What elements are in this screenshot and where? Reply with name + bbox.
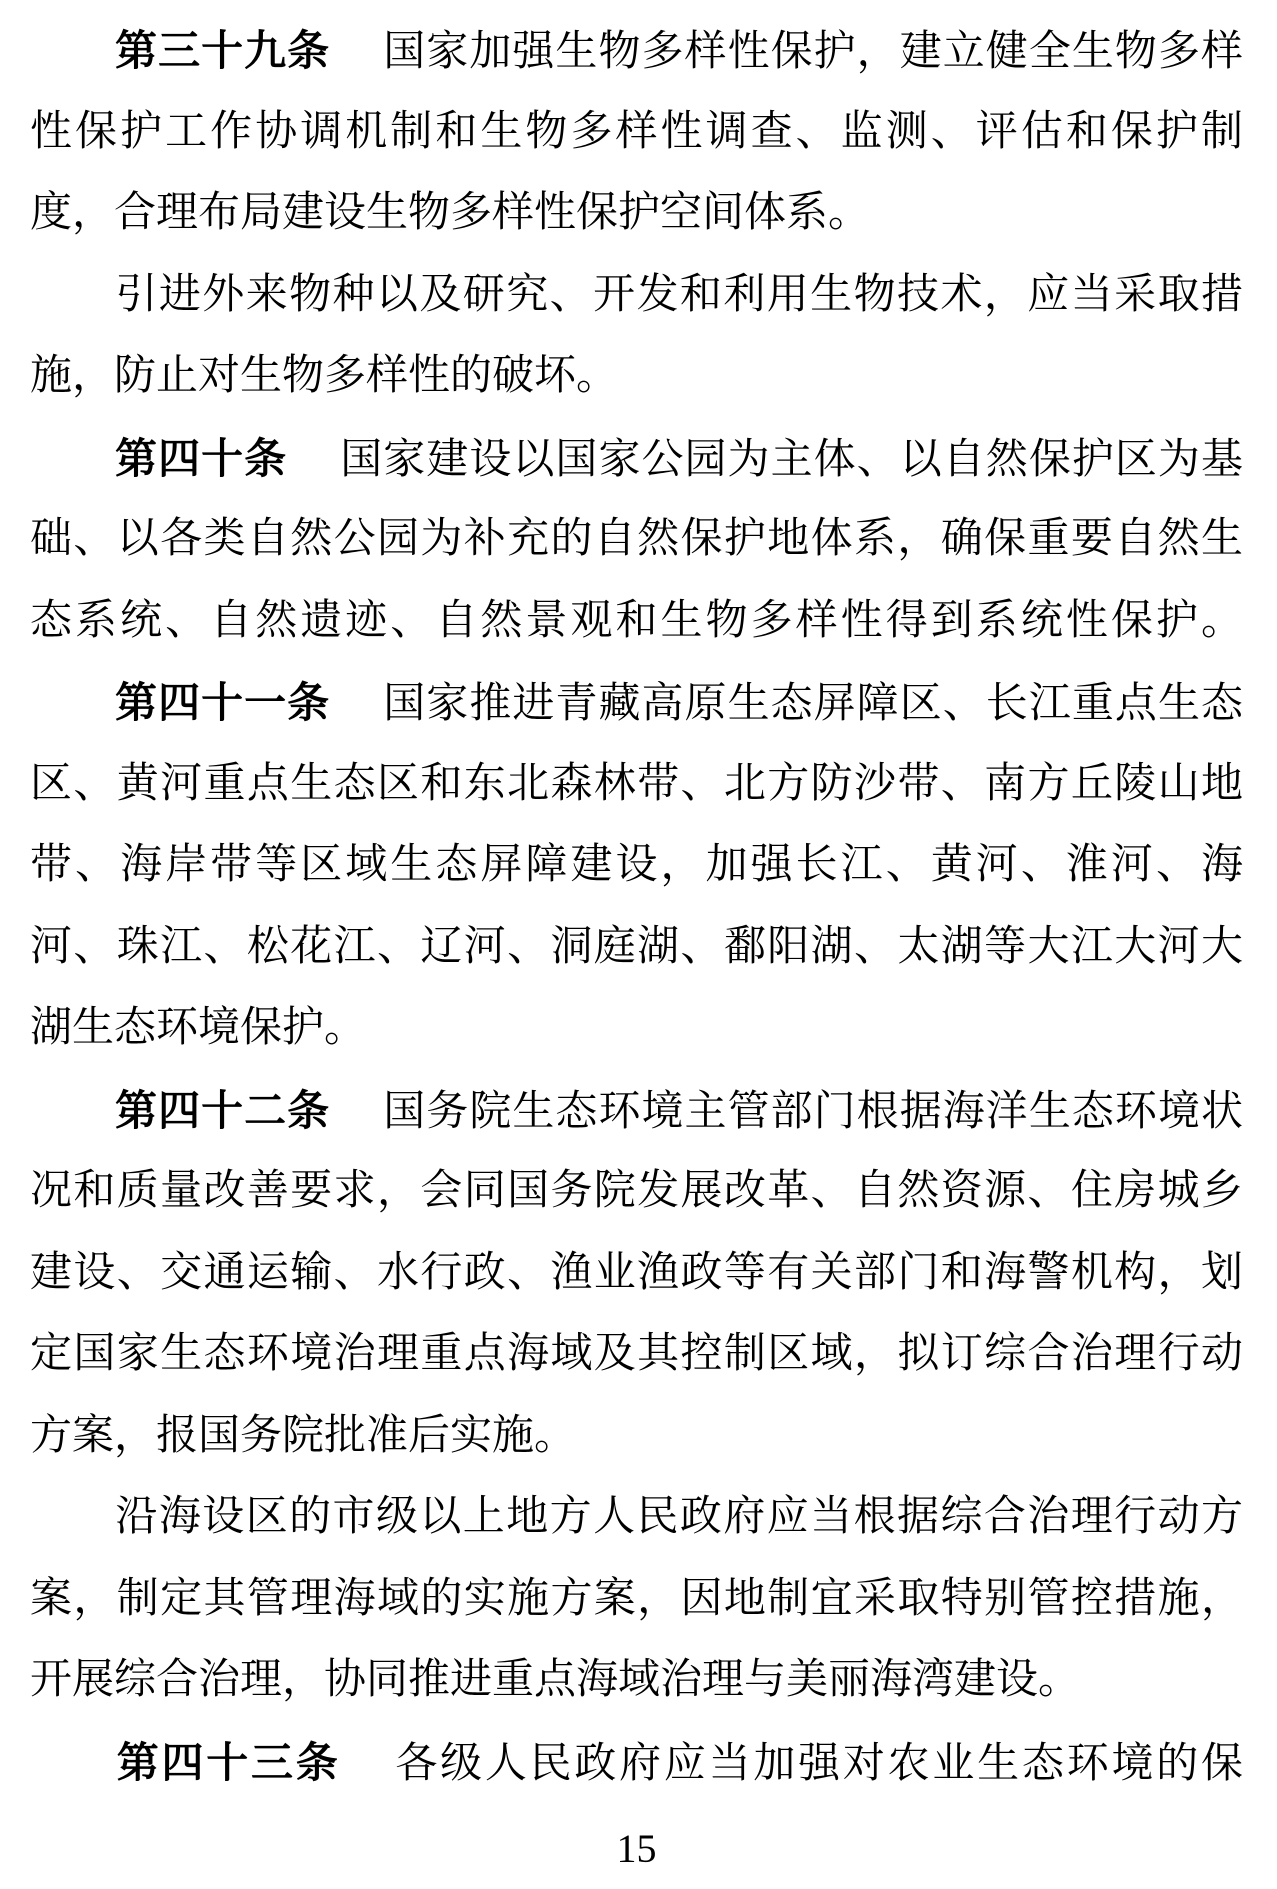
text-line: 施，防止对生物多样性的破坏。 (30, 336, 1243, 418)
text-line: 度，合理布局建设生物多样性保护空间体系。 (30, 173, 1243, 255)
first-line-indent (30, 1776, 114, 1777)
text-line: 区、黄河重点生态区和东北森林带、北方防沙带、南方丘陵山地 (30, 744, 1243, 826)
text-line: 沿海设区的市级以上地方人民政府应当根据综合治理行动方 (30, 1477, 1243, 1559)
text-line: 第三十九条国家加强生物多样性保护，建立健全生物多样 (30, 10, 1243, 92)
text-line: 第四十三条各级人民政府应当加强对农业生态环境的保 (30, 1722, 1243, 1804)
line-text: 案，制定其管理海域的实施方案，因地制宜采取特别管控措施， (30, 1576, 1243, 1622)
article-gap (330, 64, 382, 65)
page-footer: 15 (30, 1827, 1243, 1871)
line-text: 况和质量改善要求，会同国务院发展改革、自然资源、住房城乡 (30, 1168, 1243, 1214)
text-line: 第四十条国家建设以国家公园为主体、以自然保护区为基 (30, 418, 1243, 500)
document-body: 第三十九条国家加强生物多样性保护，建立健全生物多样性保护工作协调机制和生物多样性… (30, 10, 1243, 1803)
document-page: 第三十九条国家加强生物多样性保护，建立健全生物多样性保护工作协调机制和生物多样性… (0, 0, 1277, 1889)
line-text: 各级人民政府应当加强对农业生态环境的保 (393, 1741, 1243, 1787)
line-text: 国家加强生物多样性保护，建立健全生物多样 (382, 29, 1243, 75)
line-text: 方案，报国务院批准后实施。 (30, 1413, 576, 1459)
line-text: 国家建设以国家公园为主体、以自然保护区为基 (339, 437, 1243, 483)
line-text: 沿海设区的市级以上地方人民政府应当根据综合治理行动方 (114, 1494, 1243, 1540)
article-number: 第四十二条 (114, 1087, 330, 1134)
text-line: 河、珠江、松花江、辽河、洞庭湖、鄱阳湖、太湖等大江大河大 (30, 907, 1243, 989)
text-line: 定国家生态环境治理重点海域及其控制区域，拟订综合治理行动 (30, 1314, 1243, 1396)
text-line: 性保护工作协调机制和生物多样性调查、监测、评估和保护制 (30, 92, 1243, 174)
text-line: 湖生态环境保护。 (30, 988, 1243, 1070)
article-number: 第四十一条 (114, 679, 330, 726)
line-text: 河、珠江、松花江、辽河、洞庭湖、鄱阳湖、太湖等大江大河大 (30, 924, 1243, 970)
line-text: 建设、交通运输、水行政、渔业渔政等有关部门和海警机构，划 (30, 1250, 1243, 1296)
line-text: 区、黄河重点生态区和东北森林带、北方防沙带、南方丘陵山地 (30, 761, 1243, 807)
line-text: 施，防止对生物多样性的破坏。 (30, 353, 618, 399)
article-number: 第四十三条 (114, 1739, 341, 1786)
text-line: 带、海岸带等区域生态屏障建设，加强长江、黄河、淮河、海 (30, 825, 1243, 907)
article-number: 第三十九条 (114, 27, 330, 74)
text-line: 态系统、自然遗迹、自然景观和生物多样性得到系统性保护。 (30, 581, 1243, 663)
article-gap (330, 716, 382, 717)
line-text: 湖生态环境保护。 (30, 1005, 366, 1051)
first-line-indent (30, 472, 114, 473)
line-text: 性保护工作协调机制和生物多样性调查、监测、评估和保护制 (30, 109, 1243, 155)
text-line: 况和质量改善要求，会同国务院发展改革、自然资源、住房城乡 (30, 1151, 1243, 1233)
line-text: 开展综合治理，协同推进重点海域治理与美丽海湾建设。 (30, 1657, 1080, 1703)
text-line: 引进外来物种以及研究、开发和利用生物技术，应当采取措 (30, 255, 1243, 337)
first-line-indent (30, 716, 114, 717)
first-line-indent (30, 1529, 114, 1530)
text-line: 开展综合治理，协同推进重点海域治理与美丽海湾建设。 (30, 1640, 1243, 1722)
line-text: 国家推进青藏高原生态屏障区、长江重点生态 (382, 681, 1243, 727)
first-line-indent (30, 307, 114, 308)
line-text: 引进外来物种以及研究、开发和利用生物技术，应当采取措 (114, 272, 1243, 318)
text-line: 第四十一条国家推进青藏高原生态屏障区、长江重点生态 (30, 662, 1243, 744)
text-line: 建设、交通运输、水行政、渔业渔政等有关部门和海警机构，划 (30, 1233, 1243, 1315)
line-text: 态系统、自然遗迹、自然景观和生物多样性得到系统性保护。 (30, 598, 1243, 644)
text-line: 第四十二条国务院生态环境主管部门根据海洋生态环境状 (30, 1070, 1243, 1152)
line-text: 国务院生态环境主管部门根据海洋生态环境状 (382, 1089, 1243, 1135)
article-gap (341, 1776, 393, 1777)
line-text: 础、以各类自然公园为补充的自然保护地体系，确保重要自然生 (30, 516, 1243, 562)
line-text: 度，合理布局建设生物多样性保护空间体系。 (30, 190, 870, 236)
line-text: 带、海岸带等区域生态屏障建设，加强长江、黄河、淮河、海 (30, 842, 1243, 888)
article-number: 第四十条 (114, 435, 287, 482)
text-line: 方案，报国务院批准后实施。 (30, 1396, 1243, 1478)
line-text: 定国家生态环境治理重点海域及其控制区域，拟订综合治理行动 (30, 1331, 1243, 1377)
article-gap (287, 472, 339, 473)
text-line: 础、以各类自然公园为补充的自然保护地体系，确保重要自然生 (30, 499, 1243, 581)
page-number: 15 (617, 1826, 657, 1871)
first-line-indent (30, 64, 114, 65)
first-line-indent (30, 1124, 114, 1125)
article-gap (330, 1124, 382, 1125)
text-line: 案，制定其管理海域的实施方案，因地制宜采取特别管控措施， (30, 1559, 1243, 1641)
